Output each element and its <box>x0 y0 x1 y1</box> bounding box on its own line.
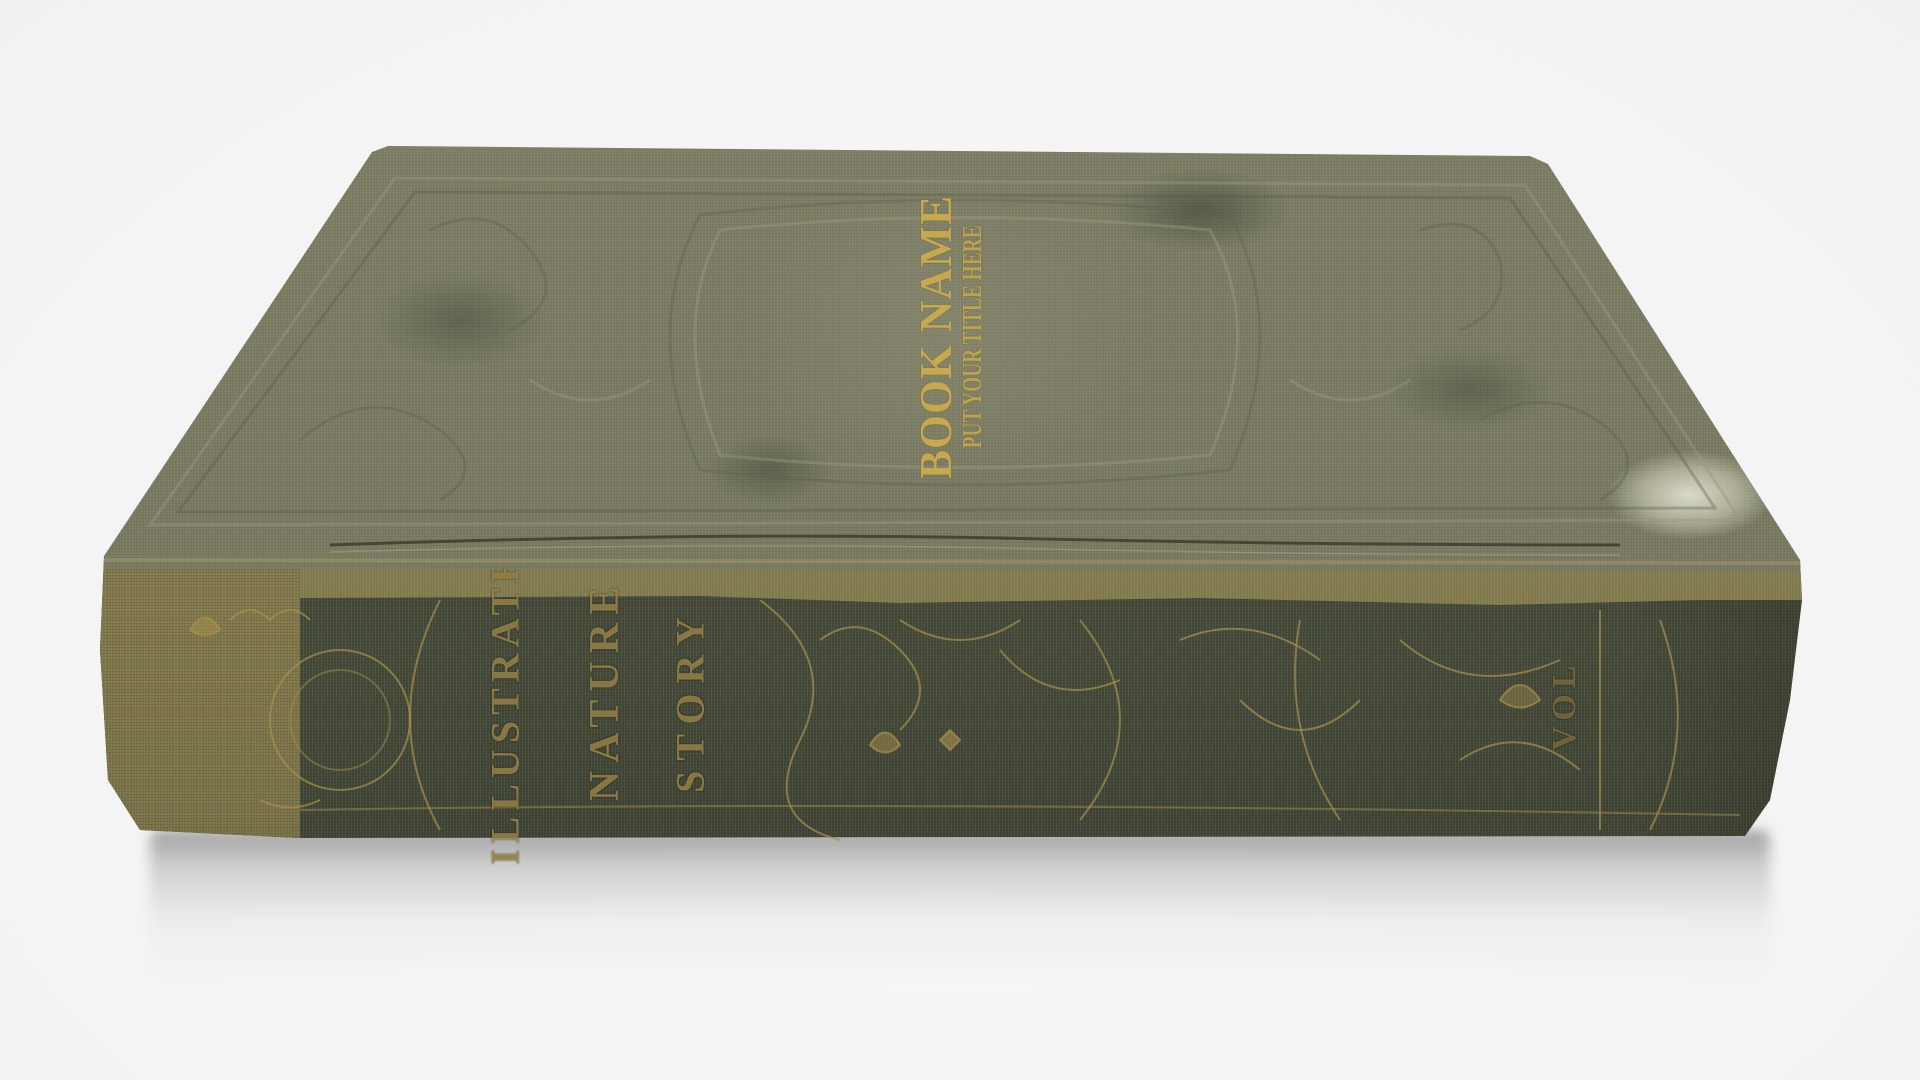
book-title: BOOK NAME <box>912 195 960 479</box>
spine-lettering-2: NATURE <box>581 579 629 801</box>
product-photo-scene: ILLUSTRATED NATURE STORY VOL BOOK NAME <box>0 0 1920 1080</box>
spine-lettering-4: VOL <box>1546 660 1584 751</box>
book-subtitle: PUT YOUR TITLE HERE <box>957 226 987 449</box>
book-shadow <box>150 830 1770 980</box>
cover-title-block: BOOK NAME PUT YOUR TITLE HERE <box>893 222 1003 452</box>
spine-lettering-3: STORY <box>667 607 714 793</box>
